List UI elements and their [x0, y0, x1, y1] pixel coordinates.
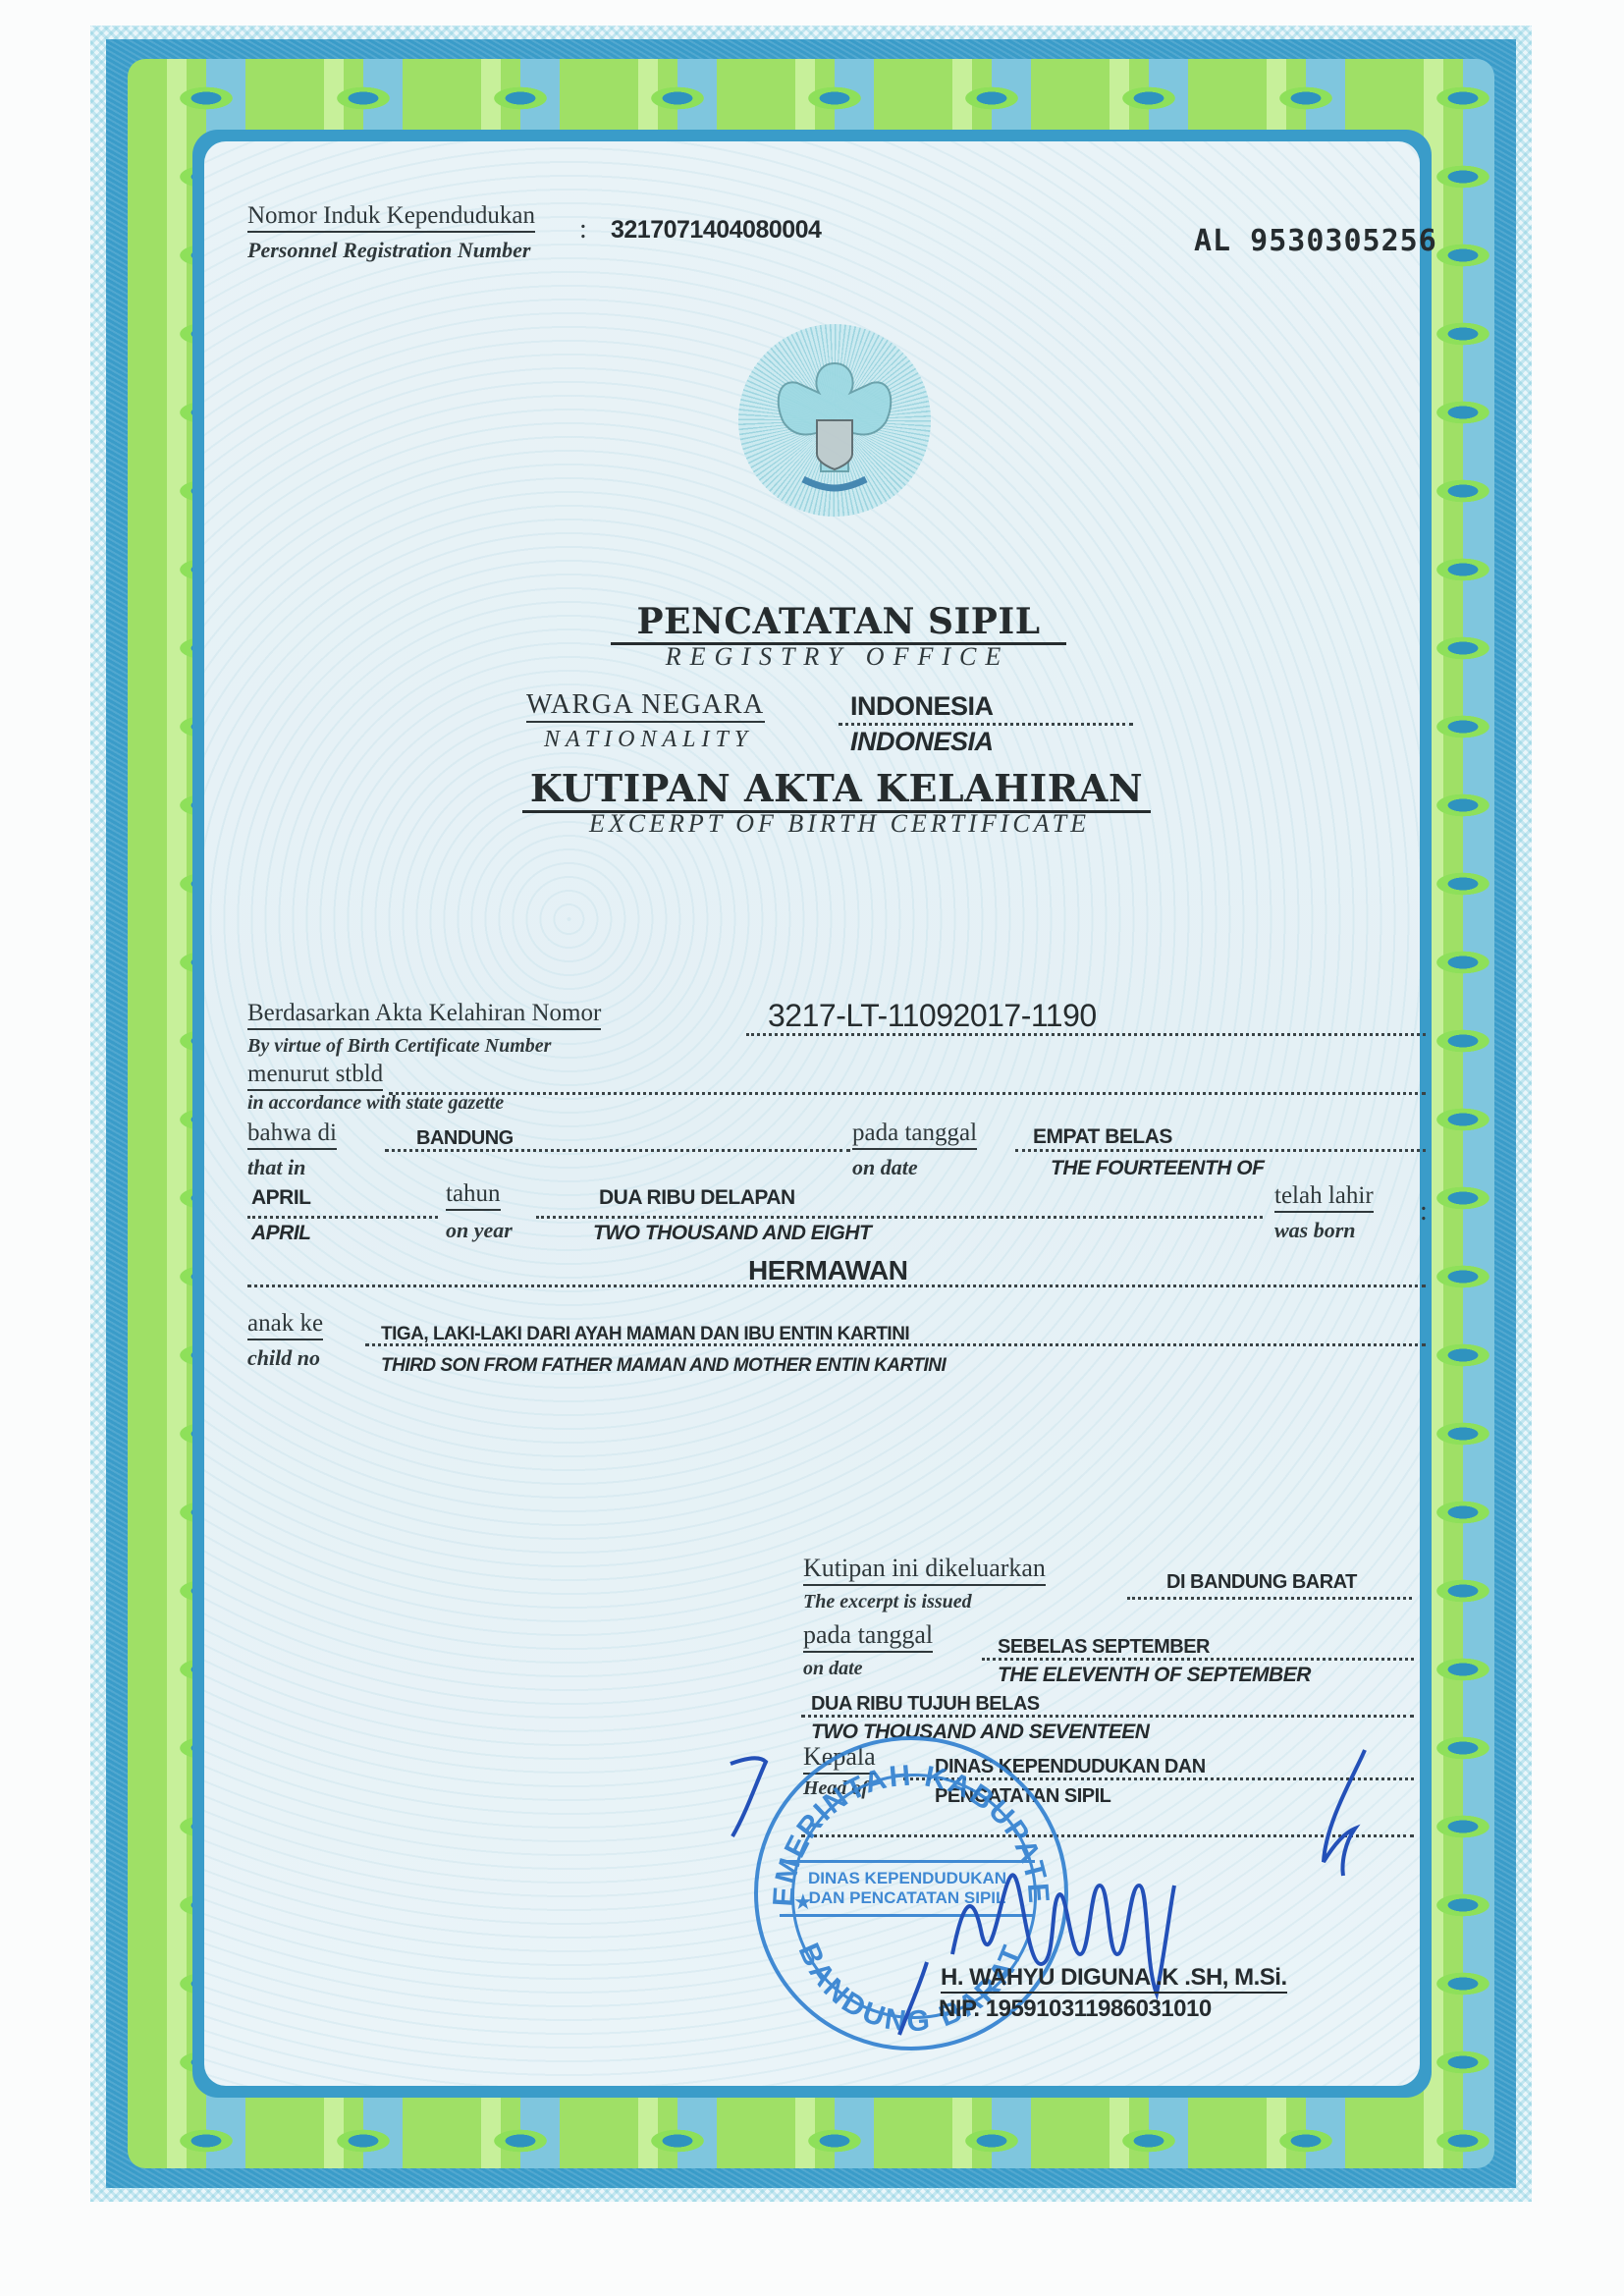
year-dotted-line [536, 1216, 1263, 1219]
child-no-value-en: THIRD SON FROM FATHER MAMAN AND MOTHER E… [381, 1355, 946, 1377]
nationality-label-id: WARGA NEGARA [526, 689, 765, 723]
nik-label-en: Personnel Registration Number [247, 238, 530, 263]
date-dotted-line [1015, 1149, 1426, 1152]
born-label-id: telah lahir [1274, 1182, 1374, 1213]
paraf-mark-right [1316, 1744, 1375, 1882]
child-name-dotted-line [247, 1285, 1426, 1287]
issued-label-id: Kutipan ini dikeluarkan [803, 1554, 1046, 1586]
child-no-dotted-line [365, 1343, 1426, 1346]
nik-colon: : [579, 214, 587, 246]
official-nip: NIP. 195910311986031010 [939, 1995, 1212, 2023]
month-dotted-line [247, 1216, 438, 1219]
date-value-en: THE FOURTEENTH OF [1051, 1157, 1264, 1180]
issue-date-value-id: SEBELAS SEPTEMBER [998, 1636, 1210, 1659]
child-no-value-id: TIGA, LAKI-LAKI DARI AYAH MAMAN DAN IBU … [381, 1324, 909, 1345]
stbld-label-id: menurut stbld [247, 1061, 383, 1091]
document-subtitle: EXCERPT OF BIRTH CERTIFICATE [530, 809, 1149, 839]
nik-label-id: Nomor Induk Kependudukan [247, 202, 535, 233]
serial-number: AL 9530305256 [1194, 224, 1437, 258]
cert-number-label-en: By virtue of Birth Certificate Number [247, 1035, 551, 1058]
office-subtitle: REGISTRY OFFICE [607, 642, 1068, 672]
issued-place-dotted-line [1127, 1597, 1412, 1600]
nationality-dotted-line [839, 723, 1133, 726]
date-label-en: on date [852, 1155, 918, 1180]
cert-number-value: 3217-LT-11092017-1190 [768, 998, 1097, 1034]
nationality-value-en: INDONESIA [850, 727, 994, 757]
paraf-mark-bottom [893, 1958, 933, 2037]
place-label-en: that in [247, 1155, 305, 1180]
year-label-en: on year [446, 1218, 513, 1243]
issue-date-value-en: THE ELEVENTH OF SEPTEMBER [998, 1664, 1311, 1687]
stbld-dotted-line [389, 1092, 1426, 1095]
paraf-mark-left [727, 1754, 776, 1842]
issue-date-label-id: pada tanggal [803, 1620, 933, 1653]
issued-place-value: DI BANDUNG BARAT [1166, 1571, 1357, 1594]
cert-number-label-id: Berdasarkan Akta Kelahiran Nomor [247, 1000, 601, 1030]
year-value-id: DUA RIBU DELAPAN [599, 1186, 795, 1210]
place-label-id: bahwa di [247, 1120, 337, 1150]
month-value-en: APRIL [251, 1222, 311, 1245]
born-colon: : [1420, 1196, 1428, 1228]
year-value-en: TWO THOUSAND AND EIGHT [593, 1222, 871, 1245]
official-name: H. WAHYU DIGUNA .K .SH, M.Si. [941, 1964, 1287, 1994]
place-value: BANDUNG [416, 1127, 514, 1150]
garuda-emblem-hologram-icon [738, 324, 931, 517]
issue-year-value-id: DUA RIBU TUJUH BELAS [811, 1693, 1040, 1716]
born-label-en: was born [1274, 1218, 1356, 1243]
child-name-value: HERMAWAN [748, 1255, 907, 1286]
cert-number-dotted-line [746, 1033, 1426, 1036]
issued-label-en: The excerpt is issued [803, 1591, 972, 1613]
nik-value: 3217071404080004 [611, 216, 821, 245]
stbld-label-en: in accordance with state gazette [247, 1092, 504, 1115]
child-no-label-id: anak ke [247, 1310, 323, 1340]
nationality-label-en: NATIONALITY [544, 727, 753, 753]
nationality-value-id: INDONESIA [850, 691, 994, 722]
date-label-id: pada tanggal [852, 1120, 977, 1150]
year-label-id: tahun [446, 1180, 501, 1211]
child-no-label-en: child no [247, 1345, 320, 1371]
document-title: KUTIPAN AKTA KELAHIRAN [522, 766, 1151, 813]
month-value-id: APRIL [251, 1186, 311, 1210]
date-value-id: EMPAT BELAS [1033, 1125, 1172, 1149]
issue-date-label-en: on date [803, 1658, 863, 1680]
office-title: PENCATATAN SIPIL [611, 601, 1066, 645]
